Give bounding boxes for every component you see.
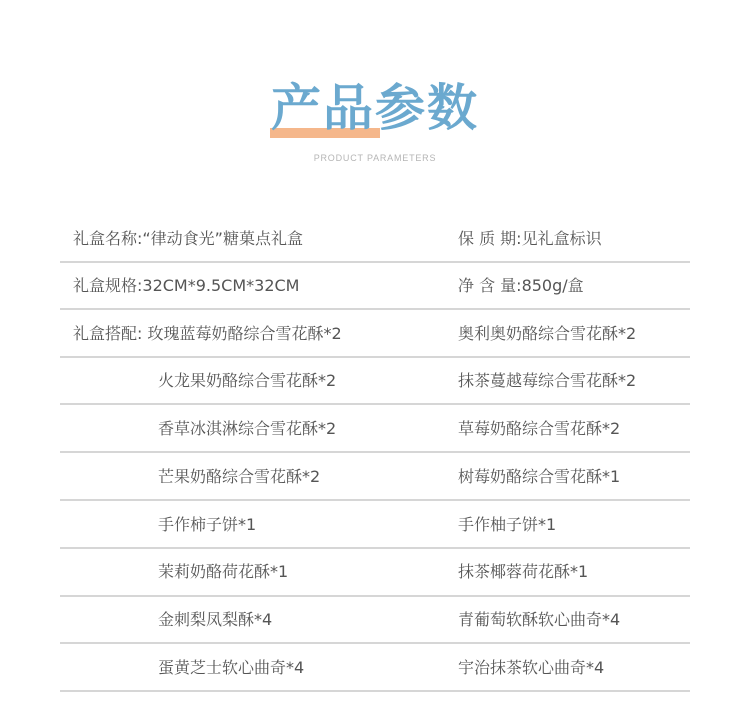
content-item: 火龙果奶酪综合雪花酥*2: [158, 371, 336, 391]
table-row: 礼盒规格:32CM*9.5CM*32CM 净 含 量:850g/盒: [0, 263, 750, 311]
table-row: 香草冰淇淋综合雪花酥*2 草莓奶酪综合雪花酥*2: [0, 405, 750, 453]
table-row: 芒果奶酪综合雪花酥*2 树莓奶酪综合雪花酥*1: [0, 453, 750, 501]
param-size: 礼盒规格:32CM*9.5CM*32CM: [73, 276, 300, 296]
page-subtitle: PRODUCT PARAMETERS: [0, 153, 750, 163]
content-item: 树莓奶酪综合雪花酥*1: [458, 467, 620, 487]
param-contents: 礼盒搭配: 玫瑰蓝莓奶酪综合雪花酥*2: [73, 324, 342, 344]
content-item: 手作柿子饼*1: [158, 515, 256, 535]
content-item: 宇治抹茶软心曲奇*4: [458, 658, 604, 678]
table-row: 金刺梨凤梨酥*4 青葡萄软酥软心曲奇*4: [0, 597, 750, 645]
content-item: 抹茶蔓越莓综合雪花酥*2: [458, 371, 636, 391]
content-item: 芒果奶酪综合雪花酥*2: [158, 467, 320, 487]
content-item: 茉莉奶酪荷花酥*1: [158, 562, 288, 582]
content-item: 蛋黄芝士软心曲奇*4: [158, 658, 304, 678]
content-item: 抹茶椰蓉荷花酥*1: [458, 562, 588, 582]
table-row: 蛋黄芝士软心曲奇*4 宇治抹茶软心曲奇*4: [0, 644, 750, 692]
table-row: 礼盒搭配: 玫瑰蓝莓奶酪综合雪花酥*2 奥利奥奶酪综合雪花酥*2: [0, 310, 750, 358]
row-divider: [60, 690, 690, 692]
param-net-weight: 净 含 量:850g/盒: [458, 276, 584, 296]
content-item: 手作柚子饼*1: [458, 515, 556, 535]
content-item: 香草冰淇淋综合雪花酥*2: [158, 419, 336, 439]
table-row: 茉莉奶酪荷花酥*1 抹茶椰蓉荷花酥*1: [0, 549, 750, 597]
table-row: 礼盒名称:“律动食光”糖菓点礼盒 保 质 期:见礼盒标识: [0, 215, 750, 263]
content-item: 草莓奶酪综合雪花酥*2: [458, 419, 620, 439]
param-name: 礼盒名称:“律动食光”糖菓点礼盒: [73, 229, 303, 249]
section-header: 产品参数 PRODUCT PARAMETERS: [0, 78, 750, 168]
content-item: 青葡萄软酥软心曲奇*4: [458, 610, 620, 630]
page-title: 产品参数: [0, 78, 750, 138]
table-row: 火龙果奶酪综合雪花酥*2 抹茶蔓越莓综合雪花酥*2: [0, 358, 750, 406]
content-item: 奥利奥奶酪综合雪花酥*2: [458, 324, 636, 344]
content-item: 金刺梨凤梨酥*4: [158, 610, 272, 630]
table-row: 手作柿子饼*1 手作柚子饼*1: [0, 501, 750, 549]
param-shelf-life: 保 质 期:见礼盒标识: [458, 229, 602, 249]
